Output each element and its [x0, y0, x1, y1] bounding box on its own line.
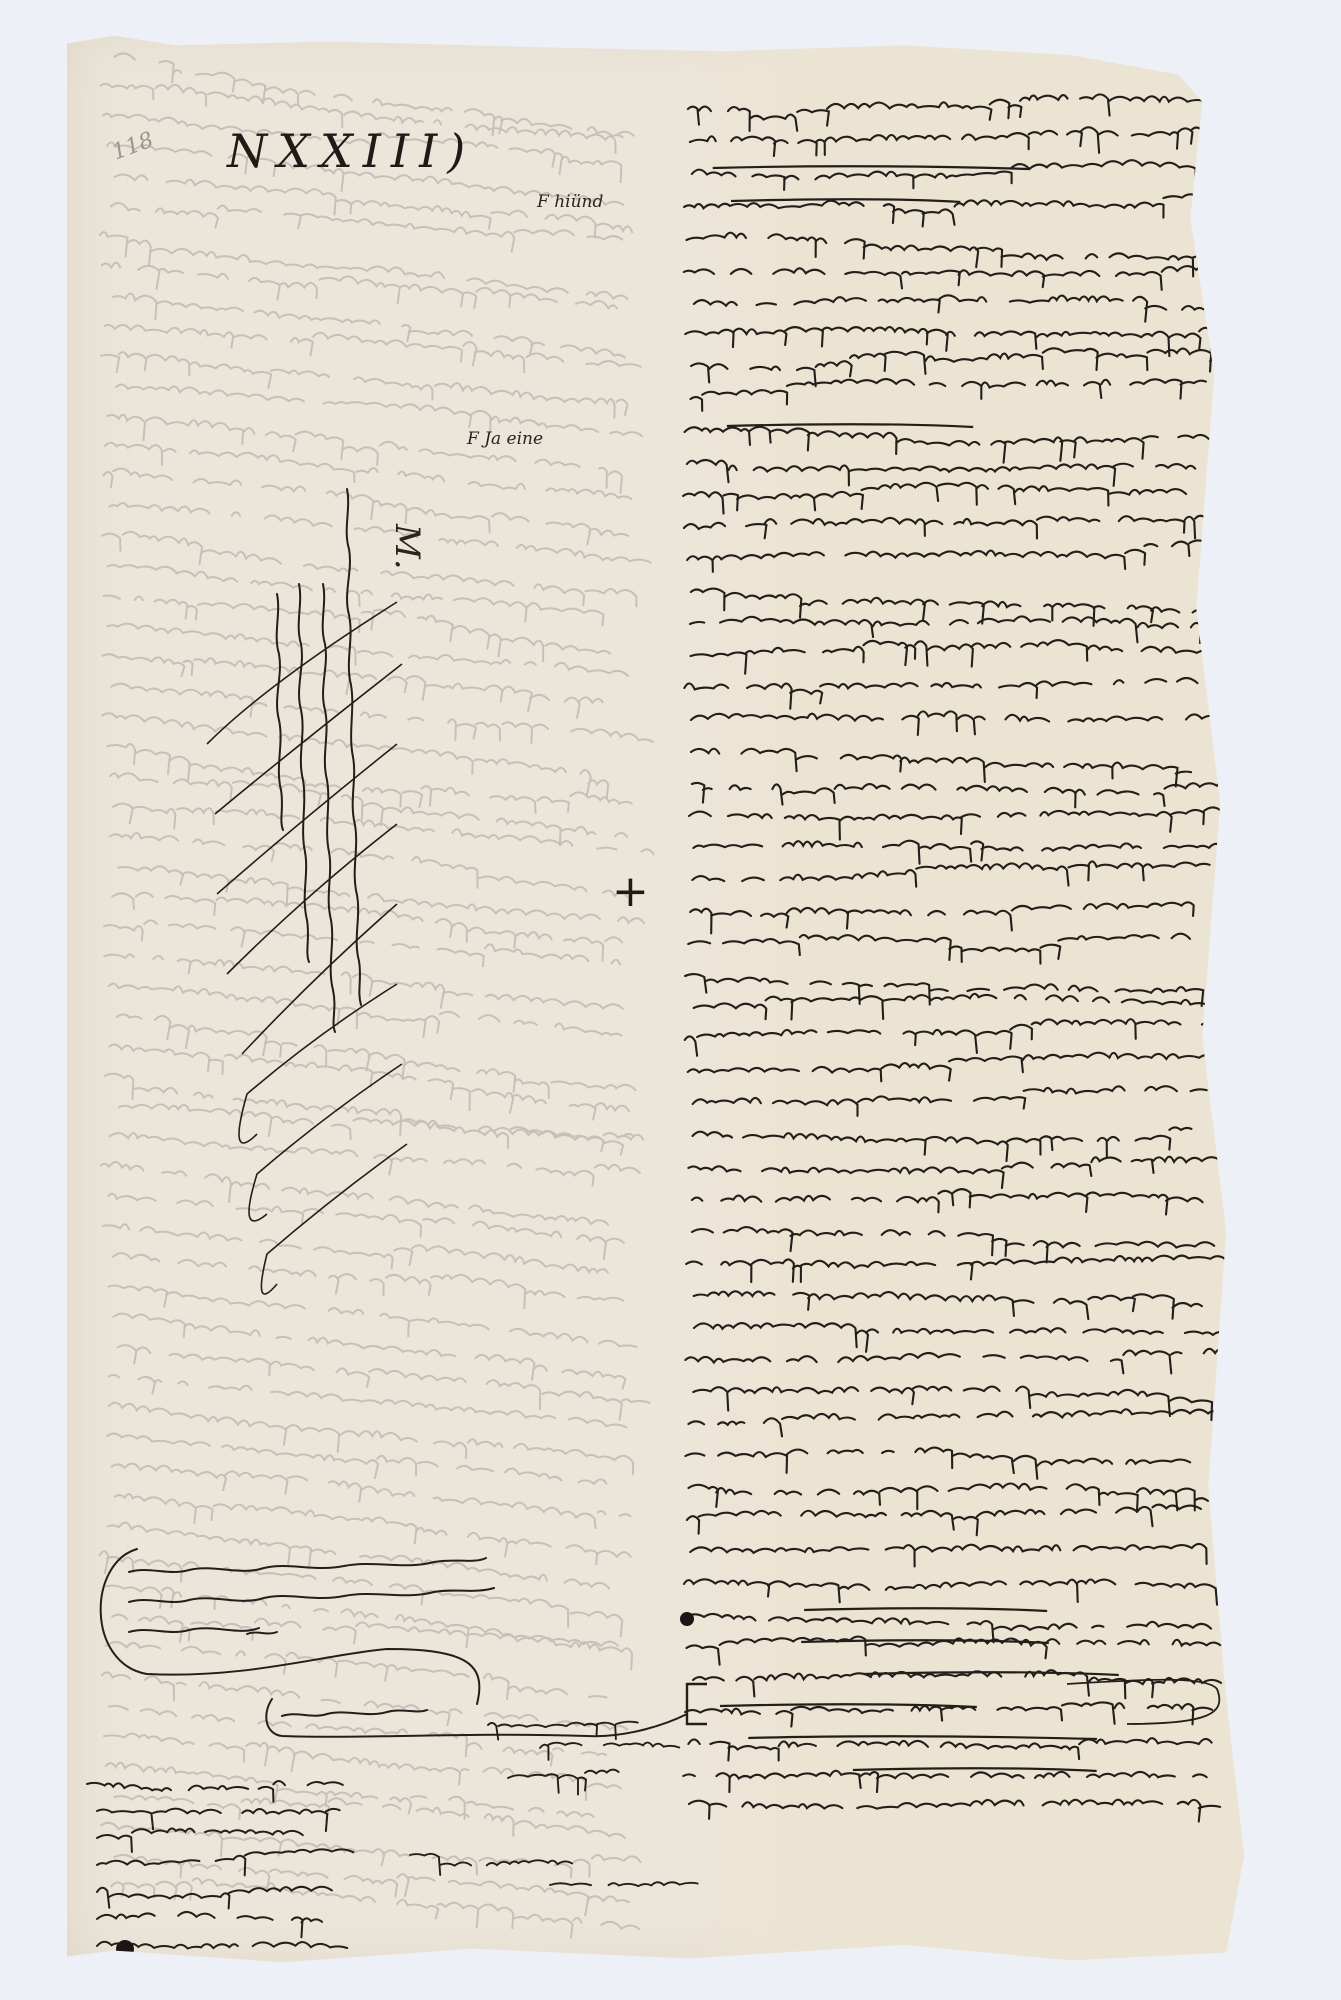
- text-line: [692, 160, 1216, 190]
- text-line: [687, 540, 1218, 572]
- folio-number: 66: [1215, 28, 1243, 53]
- text-line: [684, 266, 1245, 290]
- text-line: [694, 994, 1228, 1020]
- text-line: [684, 1579, 1217, 1604]
- text-line: [683, 483, 1186, 514]
- bracketed-note: [101, 1549, 494, 1704]
- text-line: [692, 1127, 1191, 1161]
- ink-blot: [116, 1940, 134, 1958]
- text-line: [687, 460, 1206, 486]
- text-line: [689, 807, 1223, 839]
- rotated-note-label: M.: [387, 524, 427, 570]
- text-line: [691, 749, 1206, 787]
- text-line: [685, 427, 1209, 463]
- bottom-left-block: [87, 1781, 353, 1948]
- text-line: [690, 1544, 1206, 1567]
- text-line: [683, 1771, 1206, 1792]
- text-line: [693, 1670, 1221, 1698]
- text-line: [688, 934, 1190, 964]
- cross-mark: +: [612, 866, 649, 917]
- square-bracket: [687, 1684, 707, 1724]
- text-line: [692, 1189, 1203, 1214]
- text-line: [690, 616, 1201, 643]
- manuscript-page: NXXIII) 118 66 F hiünd F Ja eine M. +: [67, 24, 1262, 1972]
- text-line: [688, 1738, 1211, 1760]
- correction-box: [1067, 1680, 1219, 1724]
- text-line: [684, 678, 1197, 709]
- margin-note-top: F Ja eine: [467, 429, 543, 449]
- text-line: [691, 640, 1222, 674]
- text-line: [690, 127, 1201, 156]
- text-line: [688, 1157, 1221, 1188]
- text-line: [691, 711, 1230, 735]
- text-line: [693, 1086, 1207, 1116]
- text-line: [691, 379, 1206, 411]
- text-line: [694, 1291, 1213, 1319]
- middle-notes: [410, 1722, 698, 1886]
- text-line: [692, 861, 1209, 886]
- top-note: F hiünd: [537, 192, 603, 212]
- text-line: [688, 1409, 1220, 1436]
- text-line: [694, 1323, 1245, 1352]
- rotated-note: [277, 489, 361, 1032]
- main-text-lines: [683, 94, 1245, 1821]
- text-line: [685, 1019, 1223, 1056]
- text-line: [685, 1347, 1227, 1374]
- text-line: [686, 1256, 1226, 1282]
- text-line: [690, 901, 1194, 933]
- text-line: [692, 781, 1235, 807]
- text-line: [693, 841, 1241, 864]
- roman-numeral-heading: NXXIII): [227, 124, 475, 178]
- ink-blot-2: [680, 1612, 694, 1626]
- text-line: [692, 1227, 1214, 1262]
- text-line: [685, 327, 1239, 356]
- text-line: [691, 589, 1216, 626]
- strike-through-lines: [713, 166, 1119, 1771]
- text-line: [687, 1505, 1201, 1536]
- text-line: [688, 94, 1205, 131]
- handwriting-layer: [67, 24, 1262, 1972]
- text-line: [688, 1053, 1218, 1082]
- text-line: [689, 1800, 1220, 1822]
- text-line: [684, 515, 1222, 539]
- text-line: [694, 295, 1204, 321]
- text-line: [685, 1448, 1210, 1479]
